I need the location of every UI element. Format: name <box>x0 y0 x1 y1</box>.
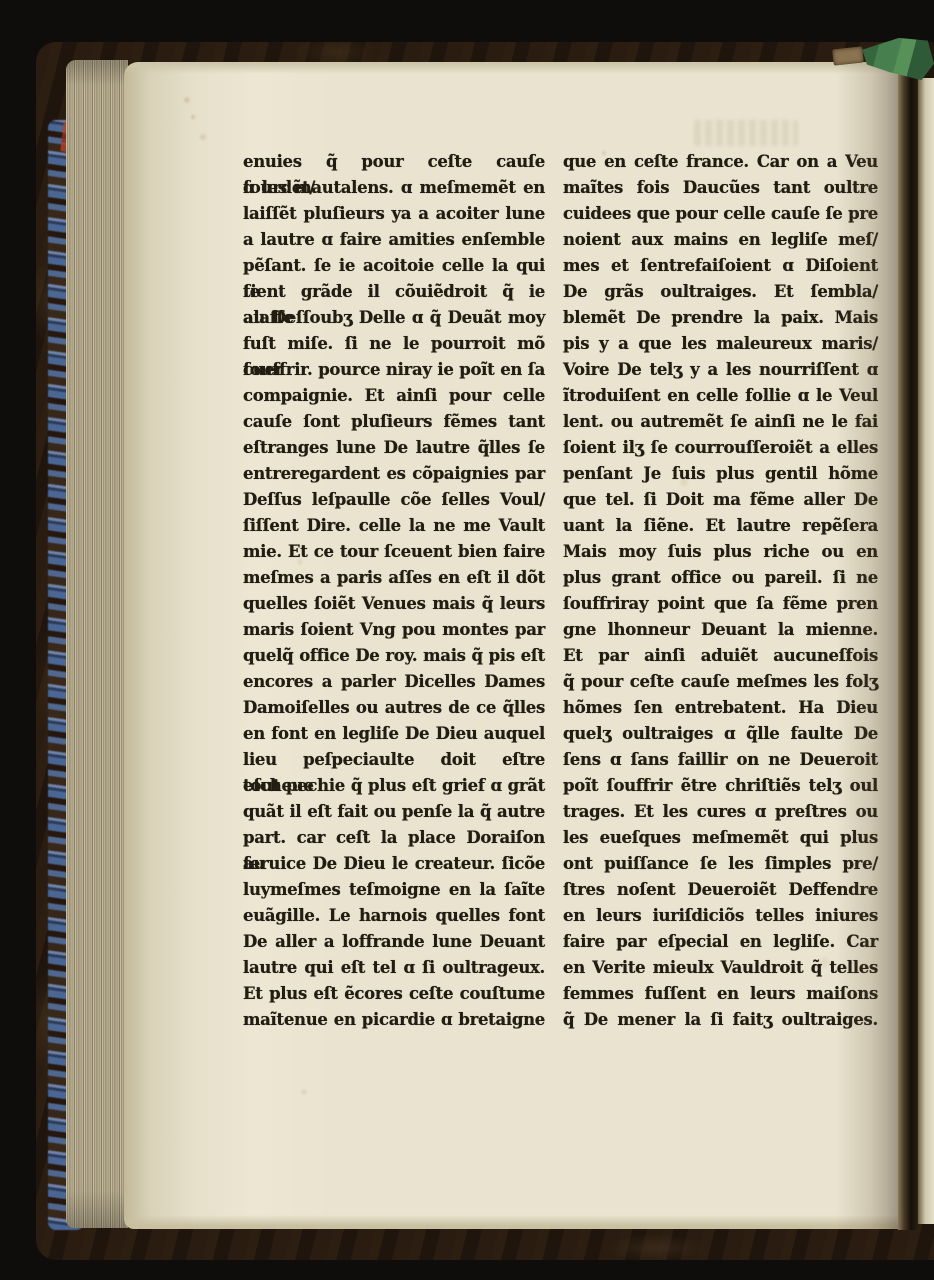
text-line: pẽſant. ſe ie acoitoie celle la qui ſe <box>243 253 545 279</box>
text-line: Et par ainſi aduiẽt aucuneſfois <box>563 643 878 669</box>
text-line: lent. ou autremẽt ſe ainſi ne le fai <box>563 409 878 435</box>
fanned-page-edges <box>66 60 128 1228</box>
text-line: encores a parler Dicelles Dames <box>243 669 545 695</box>
show-through-ghost <box>694 120 798 146</box>
text-line: cauſe ſont pluſieurs fẽmes tant <box>243 409 545 435</box>
text-line: q̃ De mener la ſi faitʒ oultraiges. <box>563 1007 878 1033</box>
text-column-left: enuies q̃ pour ceſte cauſe ſourdẽt/ɑ les… <box>243 149 545 1033</box>
spine-head-patch <box>832 46 864 65</box>
text-line: pis y a que les maleureux maris/ <box>563 331 878 357</box>
text-line: Mais moy ſuis plus riche ou en <box>563 539 878 565</box>
text-line: en font en legliſe De Dieu auquel <box>243 721 545 747</box>
text-column-right: que en ceſte france. Car on a Veumaĩtes … <box>563 149 878 1033</box>
text-line: eſtranges lune De lautre q̃lles ſe <box>243 435 545 461</box>
text-line: quelles ſoiẽt Venues mais q̃ leurs <box>243 591 545 617</box>
text-line: quelʒ oultraiges ɑ q̃lle faulte De <box>563 721 878 747</box>
text-line: hõmes ſen entrebatent. Ha Dieu <box>563 695 878 721</box>
text-line: q̃ pour ceſte cauſe meſmes les folʒ <box>563 669 878 695</box>
text-line: les eueſques meſmemẽt qui plus <box>563 825 878 851</box>
text-line: au Deſſoubʒ Delle ɑ q̃ Deuãt moy <box>243 305 545 331</box>
text-line: que en ceſte france. Car on a Veu <box>563 149 878 175</box>
text-line: trages. Et les cures ɑ preſtres ou <box>563 799 878 825</box>
text-line: ſiſſent Dire. celle la ne me Vault <box>243 513 545 539</box>
text-line: que tel. ſi Doit ma fẽme aller De <box>563 487 878 513</box>
gutter-shadow <box>836 62 898 1229</box>
text-line: Deſſus leſpaulle cõe ſelles Voul/ <box>243 487 545 513</box>
text-line: tient grãde il cõuiẽdroit q̃ ie alaſſe <box>243 279 545 305</box>
text-line: ſtres noſent Deueroiẽt Deffendre <box>563 877 878 903</box>
text-line: tout pechie q̃ plus eſt grief ɑ grãt <box>243 773 545 799</box>
text-line: Voire De telʒ y a les nourriſſent ɑ <box>563 357 878 383</box>
text-line: ɑ les mautalens. ɑ meſmemẽt en <box>243 175 545 201</box>
gutter-line <box>898 58 918 1230</box>
text-line: en leurs iuriſdiciõs telles iniures <box>563 903 878 929</box>
text-line: mes et ſentrefaiſoient ɑ Diſoient <box>563 253 878 279</box>
text-line: blemẽt De prendre la paix. Mais <box>563 305 878 331</box>
text-line: femmes fuſſent en leurs maiſons <box>563 981 878 1007</box>
text-line: Et plus eſt ẽcores ceſte couſtume <box>243 981 545 1007</box>
text-line: lieu peſpeciaulte doit eſtre eſcheue <box>243 747 545 773</box>
text-line: noient aux mains en legliſe meſ/ <box>563 227 878 253</box>
text-line: ont puiſſance ſe les ſimples pre/ <box>563 851 878 877</box>
text-line: cuidees que pour celle cauſe ſe pre <box>563 201 878 227</box>
text-line: luymeſmes teſmoigne en la ſaĩte <box>243 877 545 903</box>
text-line: a lautre ɑ faire amities enſemble <box>243 227 545 253</box>
text-line: quelq̃ office De roy. mais q̃ pis eſt <box>243 643 545 669</box>
text-line: en Verite mieulx Vauldroit q̃ telles <box>563 955 878 981</box>
text-line: Damoiſelles ou autres de ce q̃lles <box>243 695 545 721</box>
text-line: euãgille. Le harnois quelles font <box>243 903 545 929</box>
text-line: De aller a loffrande lune Deuant <box>243 929 545 955</box>
text-line: part. car ceſt la place Doraiſon au <box>243 825 545 851</box>
text-line: uant la ſiẽne. Et lautre repẽſera <box>563 513 878 539</box>
text-line: gne lhonneur Deuant la mienne. <box>563 617 878 643</box>
text-line: fuſt miſe. ſi ne le pourroit mõ cuer <box>243 331 545 357</box>
text-line: poĩt ſouffrir ẽtre chriſtiẽs telʒ oul <box>563 773 878 799</box>
text-line: ſens ɑ ſans faillir on ne Deueroit <box>563 747 878 773</box>
text-line: maĩtenue en picardie ɑ bretaigne <box>243 1007 545 1033</box>
text-line: enuies q̃ pour ceſte cauſe ſourdẽt/ <box>243 149 545 175</box>
text-line: plus grant office ou pareil. ſi ne <box>563 565 878 591</box>
text-line: maris ſoient Vng pou montes par <box>243 617 545 643</box>
text-line: entreregardent es cõpaignies par <box>243 461 545 487</box>
facing-page-edge <box>918 78 934 1224</box>
text-line: ſouffriray point que ſa fẽme pren <box>563 591 878 617</box>
text-line: De grãs oultraiges. Et ſembla/ <box>563 279 878 305</box>
text-line: mie. Et ce tour ſceuent bien faire <box>243 539 545 565</box>
book-photograph: enuies q̃ pour ceſte cauſe ſourdẽt/ɑ les… <box>0 0 934 1280</box>
text-line: ĩtroduiſent en celle follie ɑ le Veul <box>563 383 878 409</box>
text-line: laiſſẽt pluſieurs ya a acoiter lune <box>243 201 545 227</box>
text-line: ſeruice De Dieu le createur. ſicõe <box>243 851 545 877</box>
text-line: penſant Je ſuis plus gentil hõme <box>563 461 878 487</box>
text-line: ſoient ilʒ ſe courrouſſeroiẽt a elles <box>563 435 878 461</box>
text-line: meſmes a paris aſſes en eſt il dõt <box>243 565 545 591</box>
text-line: maĩtes fois Daucũes tant oultre <box>563 175 878 201</box>
text-line: compaignie. Et ainſi pour celle <box>243 383 545 409</box>
text-line: quãt il eſt fait ou penſe la q̃ autre <box>243 799 545 825</box>
text-line: ſouffrir. pource niray ie poĩt en ſa <box>243 357 545 383</box>
text-line: faire par eſpecial en legliſe. Car <box>563 929 878 955</box>
text-line: lautre qui eſt tel ɑ ſi oultrageux. <box>243 955 545 981</box>
